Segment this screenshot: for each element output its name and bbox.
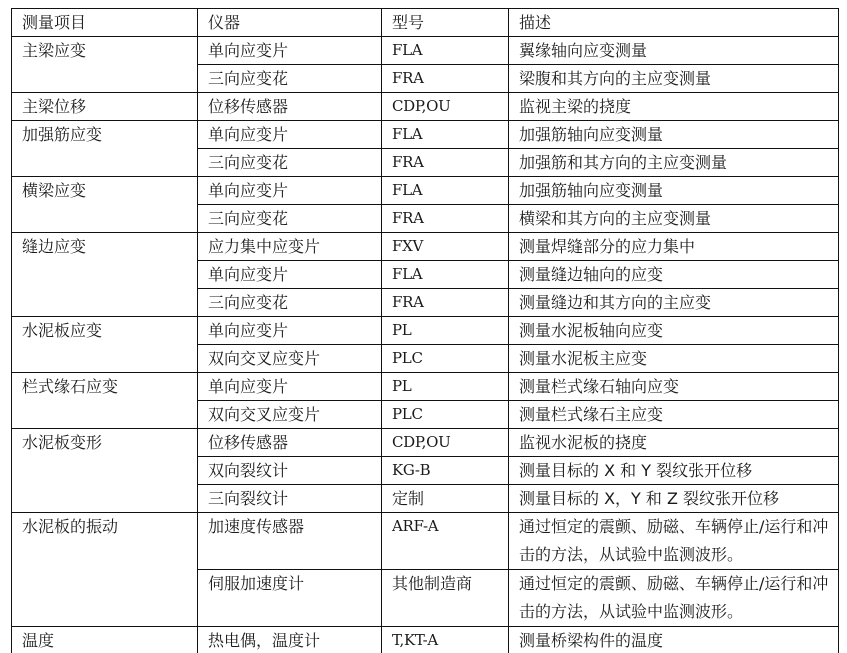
model-cell: PL (382, 317, 509, 345)
description-cell: 加强筋轴向应变测量 (509, 177, 839, 205)
header-measurement-item: 测量项目 (12, 9, 198, 37)
model-cell: KG-B (382, 457, 509, 485)
table-row: 温度 热电偶，温度计 T,KT-A 测量桥梁构件的温度 (12, 627, 839, 653)
description-cell: 测量水泥板轴向应变 (509, 317, 839, 345)
model-cell: FRA (382, 149, 509, 177)
model-cell: PLC (382, 401, 509, 429)
model-cell: FRA (382, 289, 509, 317)
model-cell: T,KT-A (382, 627, 509, 653)
measurement-item-cell: 温度 (12, 627, 198, 653)
instrument-cell: 双向交叉应变片 (198, 345, 382, 373)
model-cell: 其他制造商 (382, 570, 509, 627)
instrument-cell: 单向应变片 (198, 373, 382, 401)
description-cell: 测量缝边和其方向的主应变 (509, 289, 839, 317)
measurement-item-cell: 横梁应变 (12, 177, 198, 233)
model-cell: FLA (382, 177, 509, 205)
instrument-cell: 加速度传感器 (198, 513, 382, 570)
description-cell: 翼缘轴向应变测量 (509, 37, 839, 65)
header-model: 型号 (382, 9, 509, 37)
instrument-cell: 应力集中应变片 (198, 233, 382, 261)
instrument-cell: 单向应变片 (198, 317, 382, 345)
model-cell: PL (382, 373, 509, 401)
description-cell: 测量栏式缘石主应变 (509, 401, 839, 429)
table-row: 主梁位移 位移传感器 CDP,OU 监视主梁的挠度 (12, 93, 839, 121)
description-cell: 监视主梁的挠度 (509, 93, 839, 121)
instrument-cell: 双向裂纹计 (198, 457, 382, 485)
model-cell: FRA (382, 65, 509, 93)
description-cell: 测量目标的 X，Y 和 Z 裂纹张开位移 (509, 485, 839, 513)
description-cell: 测量桥梁构件的温度 (509, 627, 839, 653)
measurement-item-cell: 栏式缘石应变 (12, 373, 198, 429)
instrument-cell: 伺服加速度计 (198, 570, 382, 627)
instrument-cell: 三向裂纹计 (198, 485, 382, 513)
measurement-item-cell: 水泥板应变 (12, 317, 198, 373)
description-cell: 测量焊缝部分的应力集中 (509, 233, 839, 261)
description-cell: 梁腹和其方向的主应变测量 (509, 65, 839, 93)
header-description: 描述 (509, 9, 839, 37)
measurement-item-cell: 主梁应变 (12, 37, 198, 93)
model-cell: 定制 (382, 485, 509, 513)
instrument-cell: 单向应变片 (198, 37, 382, 65)
model-cell: CDP,OU (382, 429, 509, 457)
table-row: 缝边应变 应力集中应变片 FXV 测量焊缝部分的应力集中 (12, 233, 839, 261)
model-cell: ARF-A (382, 513, 509, 570)
measurement-item-cell: 水泥板变形 (12, 429, 198, 513)
instrument-cell: 三向应变花 (198, 65, 382, 93)
measurement-item-cell: 缝边应变 (12, 233, 198, 317)
instrument-cell: 双向交叉应变片 (198, 401, 382, 429)
instrument-cell: 位移传感器 (198, 429, 382, 457)
table-row: 水泥板的振动 加速度传感器 ARF-A 通过恒定的震颤、励磁、车辆停止/运行和冲… (12, 513, 839, 570)
instrument-cell: 单向应变片 (198, 121, 382, 149)
description-cell: 测量缝边轴向的应变 (509, 261, 839, 289)
description-cell: 加强筋轴向应变测量 (509, 121, 839, 149)
model-cell: FLA (382, 37, 509, 65)
instrument-cell: 单向应变片 (198, 261, 382, 289)
header-instrument: 仪器 (198, 9, 382, 37)
instrument-cell: 位移传感器 (198, 93, 382, 121)
model-cell: PLC (382, 345, 509, 373)
instrument-cell: 单向应变片 (198, 177, 382, 205)
instrument-cell: 三向应变花 (198, 149, 382, 177)
measurement-item-cell: 水泥板的振动 (12, 513, 198, 627)
instrument-cell: 热电偶，温度计 (198, 627, 382, 653)
table-row: 水泥板应变 单向应变片 PL 测量水泥板轴向应变 (12, 317, 839, 345)
description-cell: 通过恒定的震颤、励磁、车辆停止/运行和冲击的方法，从试验中监测波形。 (509, 513, 839, 570)
model-cell: FLA (382, 121, 509, 149)
description-cell: 加强筋和其方向的主应变测量 (509, 149, 839, 177)
model-cell: CDP,OU (382, 93, 509, 121)
measurement-item-cell: 加强筋应变 (12, 121, 198, 177)
description-cell: 测量目标的 X 和 Y 裂纹张开位移 (509, 457, 839, 485)
model-cell: FLA (382, 261, 509, 289)
measurement-item-cell: 主梁位移 (12, 93, 198, 121)
description-cell: 通过恒定的震颤、励磁、车辆停止/运行和冲击的方法，从试验中监测波形。 (509, 570, 839, 627)
table-row: 栏式缘石应变 单向应变片 PL 测量栏式缘石轴向应变 (12, 373, 839, 401)
description-cell: 监视水泥板的挠度 (509, 429, 839, 457)
description-cell: 测量栏式缘石轴向应变 (509, 373, 839, 401)
table-row: 加强筋应变 单向应变片 FLA 加强筋轴向应变测量 (12, 121, 839, 149)
instrument-cell: 三向应变花 (198, 205, 382, 233)
description-cell: 横梁和其方向的主应变测量 (509, 205, 839, 233)
table-row: 主梁应变 单向应变片 FLA 翼缘轴向应变测量 (12, 37, 839, 65)
model-cell: FXV (382, 233, 509, 261)
description-cell: 测量水泥板主应变 (509, 345, 839, 373)
model-cell: FRA (382, 205, 509, 233)
table-row: 水泥板变形 位移传感器 CDP,OU 监视水泥板的挠度 (12, 429, 839, 457)
instrument-cell: 三向应变花 (198, 289, 382, 317)
instrument-table: 测量项目 仪器 型号 描述 主梁应变 单向应变片 FLA 翼缘轴向应变测量 三向… (11, 8, 839, 653)
header-row: 测量项目 仪器 型号 描述 (12, 9, 839, 37)
table-row: 横梁应变 单向应变片 FLA 加强筋轴向应变测量 (12, 177, 839, 205)
